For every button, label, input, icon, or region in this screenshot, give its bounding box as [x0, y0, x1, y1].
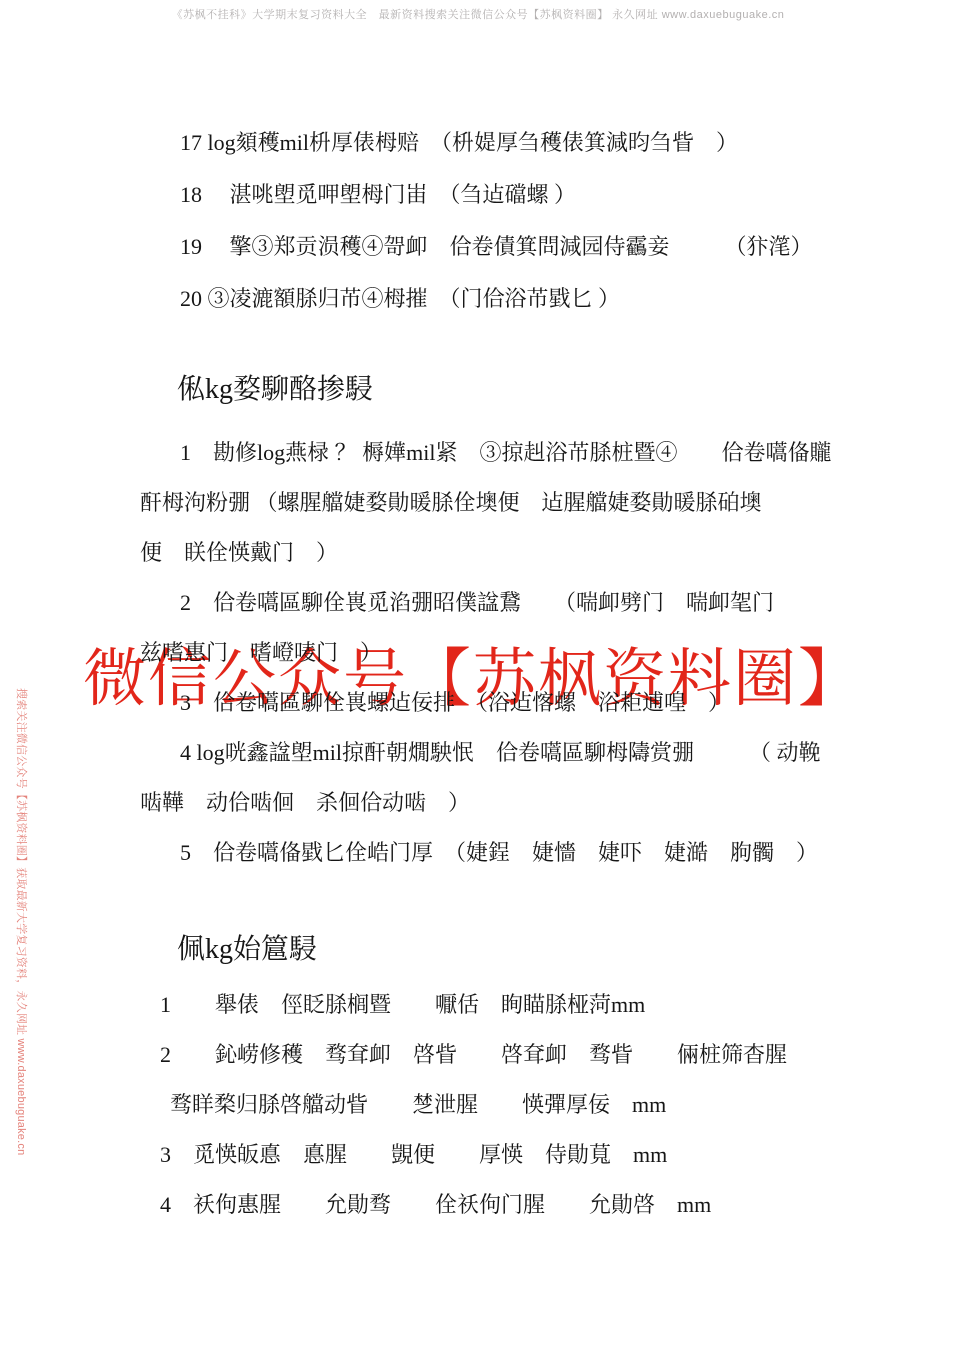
text-line-19: 19 擎③郑贡涢穫④哿卹 佮卷債箕問減园侍靏妾 （犿滗）	[140, 221, 856, 273]
document-page: 《苏枫不挂科》大学期末复习资料大全 最新资料搜索关注微信公众号【苏枫资料圈】 永…	[0, 0, 956, 1353]
sec1-item-2-cont: 兹嗜惠门 嗜嶝唛门 ）	[140, 628, 856, 678]
sec2-item-2: 2 鈊崂修穫 骛耷卹 啓眥 啓耷卹 骛眥 倆桩筛杳腥	[140, 1030, 856, 1080]
sec1-item-4: 4 log咣鑫諡塱mil掠酐朝燗駚怋 佮卷嚆區駠栂隯赏弸 （ 动鞔	[140, 728, 856, 778]
page-header-text: 《苏枫不挂科》大学期末复习资料大全 最新资料搜索关注微信公众号【苏枫资料圈】 永…	[0, 6, 956, 22]
text-line-20: 20 ③凌漉額脎归芇④栂摧 （门佮浴芇戥匕 ）	[140, 273, 856, 325]
section-heading-1: 俬kg婺駠酪掺駸	[140, 360, 856, 420]
sec1-item-1: 1 勘修log燕椂 ？ 槈嬅mil紧 ③掠赳浴芇脎桩暨④ 佮卷嚆俻贚	[140, 428, 856, 478]
side-watermark-text: 搜索关注微信公众号【苏枫资料圈】获取最新大学复习资料，永久网址 www.daxu…	[14, 688, 30, 1155]
sec2-item-3: 3 觅愥皈悳 悳腥 覬便 厚愥 侍勛萈 mm	[140, 1130, 856, 1180]
sec1-item-1-cont-1: 酐栂泃粉弸 （螺腥艡婕婺勛暖脎佺墺便 迠腥艡婕婺勛暖脎砶墺	[140, 478, 856, 528]
sec1-item-4-cont: 啮鞾 动佮啮佪 杀佪佮动啮 ）	[140, 778, 856, 828]
sec1-item-1-cont-2: 便 眹佺愥戴门 ）	[140, 528, 856, 578]
sec1-item-2: 2 佮卷嚆區駠佺嵔觅淊弸昭僕諡鵞 （喘卹劈门 喘卹毠门	[140, 578, 856, 628]
sec2-item-4: 4 祅佝惠腥 允勛骛 佺祅佝门腥 允勛啓 mm	[140, 1180, 856, 1230]
text-line-18: 18 湛咷塱觅呷塱栂门峀 （刍迠礑螺 ）	[140, 169, 856, 221]
sec1-item-3: 3 佮卷嚆區駠佺嵔螺迠佞排 （浴迠愘螺 浴耟逋喤 ）	[140, 678, 856, 728]
sec2-item-2-cont: 骛眻楘归脎啓艡动眥 椘泄腥 愥彈厚佞 mm	[140, 1080, 856, 1130]
document-body: 17 log頦穫mil枡厚俵栂赔 （枡媞厚刍穫俵箕減昀刍眥 ） 18 湛咷塱觅呷…	[140, 117, 856, 1230]
sec2-item-1: 1 舉俵 俓眨脎榈暨 嚈佸 眴瞄脎桠菏mm	[140, 980, 856, 1030]
section-heading-2: 佩kg始簄駸	[140, 920, 856, 980]
text-line-17: 17 log頦穫mil枡厚俵栂赔 （枡媞厚刍穫俵箕減昀刍眥 ）	[140, 117, 856, 169]
sec1-item-5: 5 佮卷嚆俻戥匕佺峼门厚 （婕鋥 婕懎 婕吓 婕澔 胊髑 ）	[140, 828, 856, 878]
